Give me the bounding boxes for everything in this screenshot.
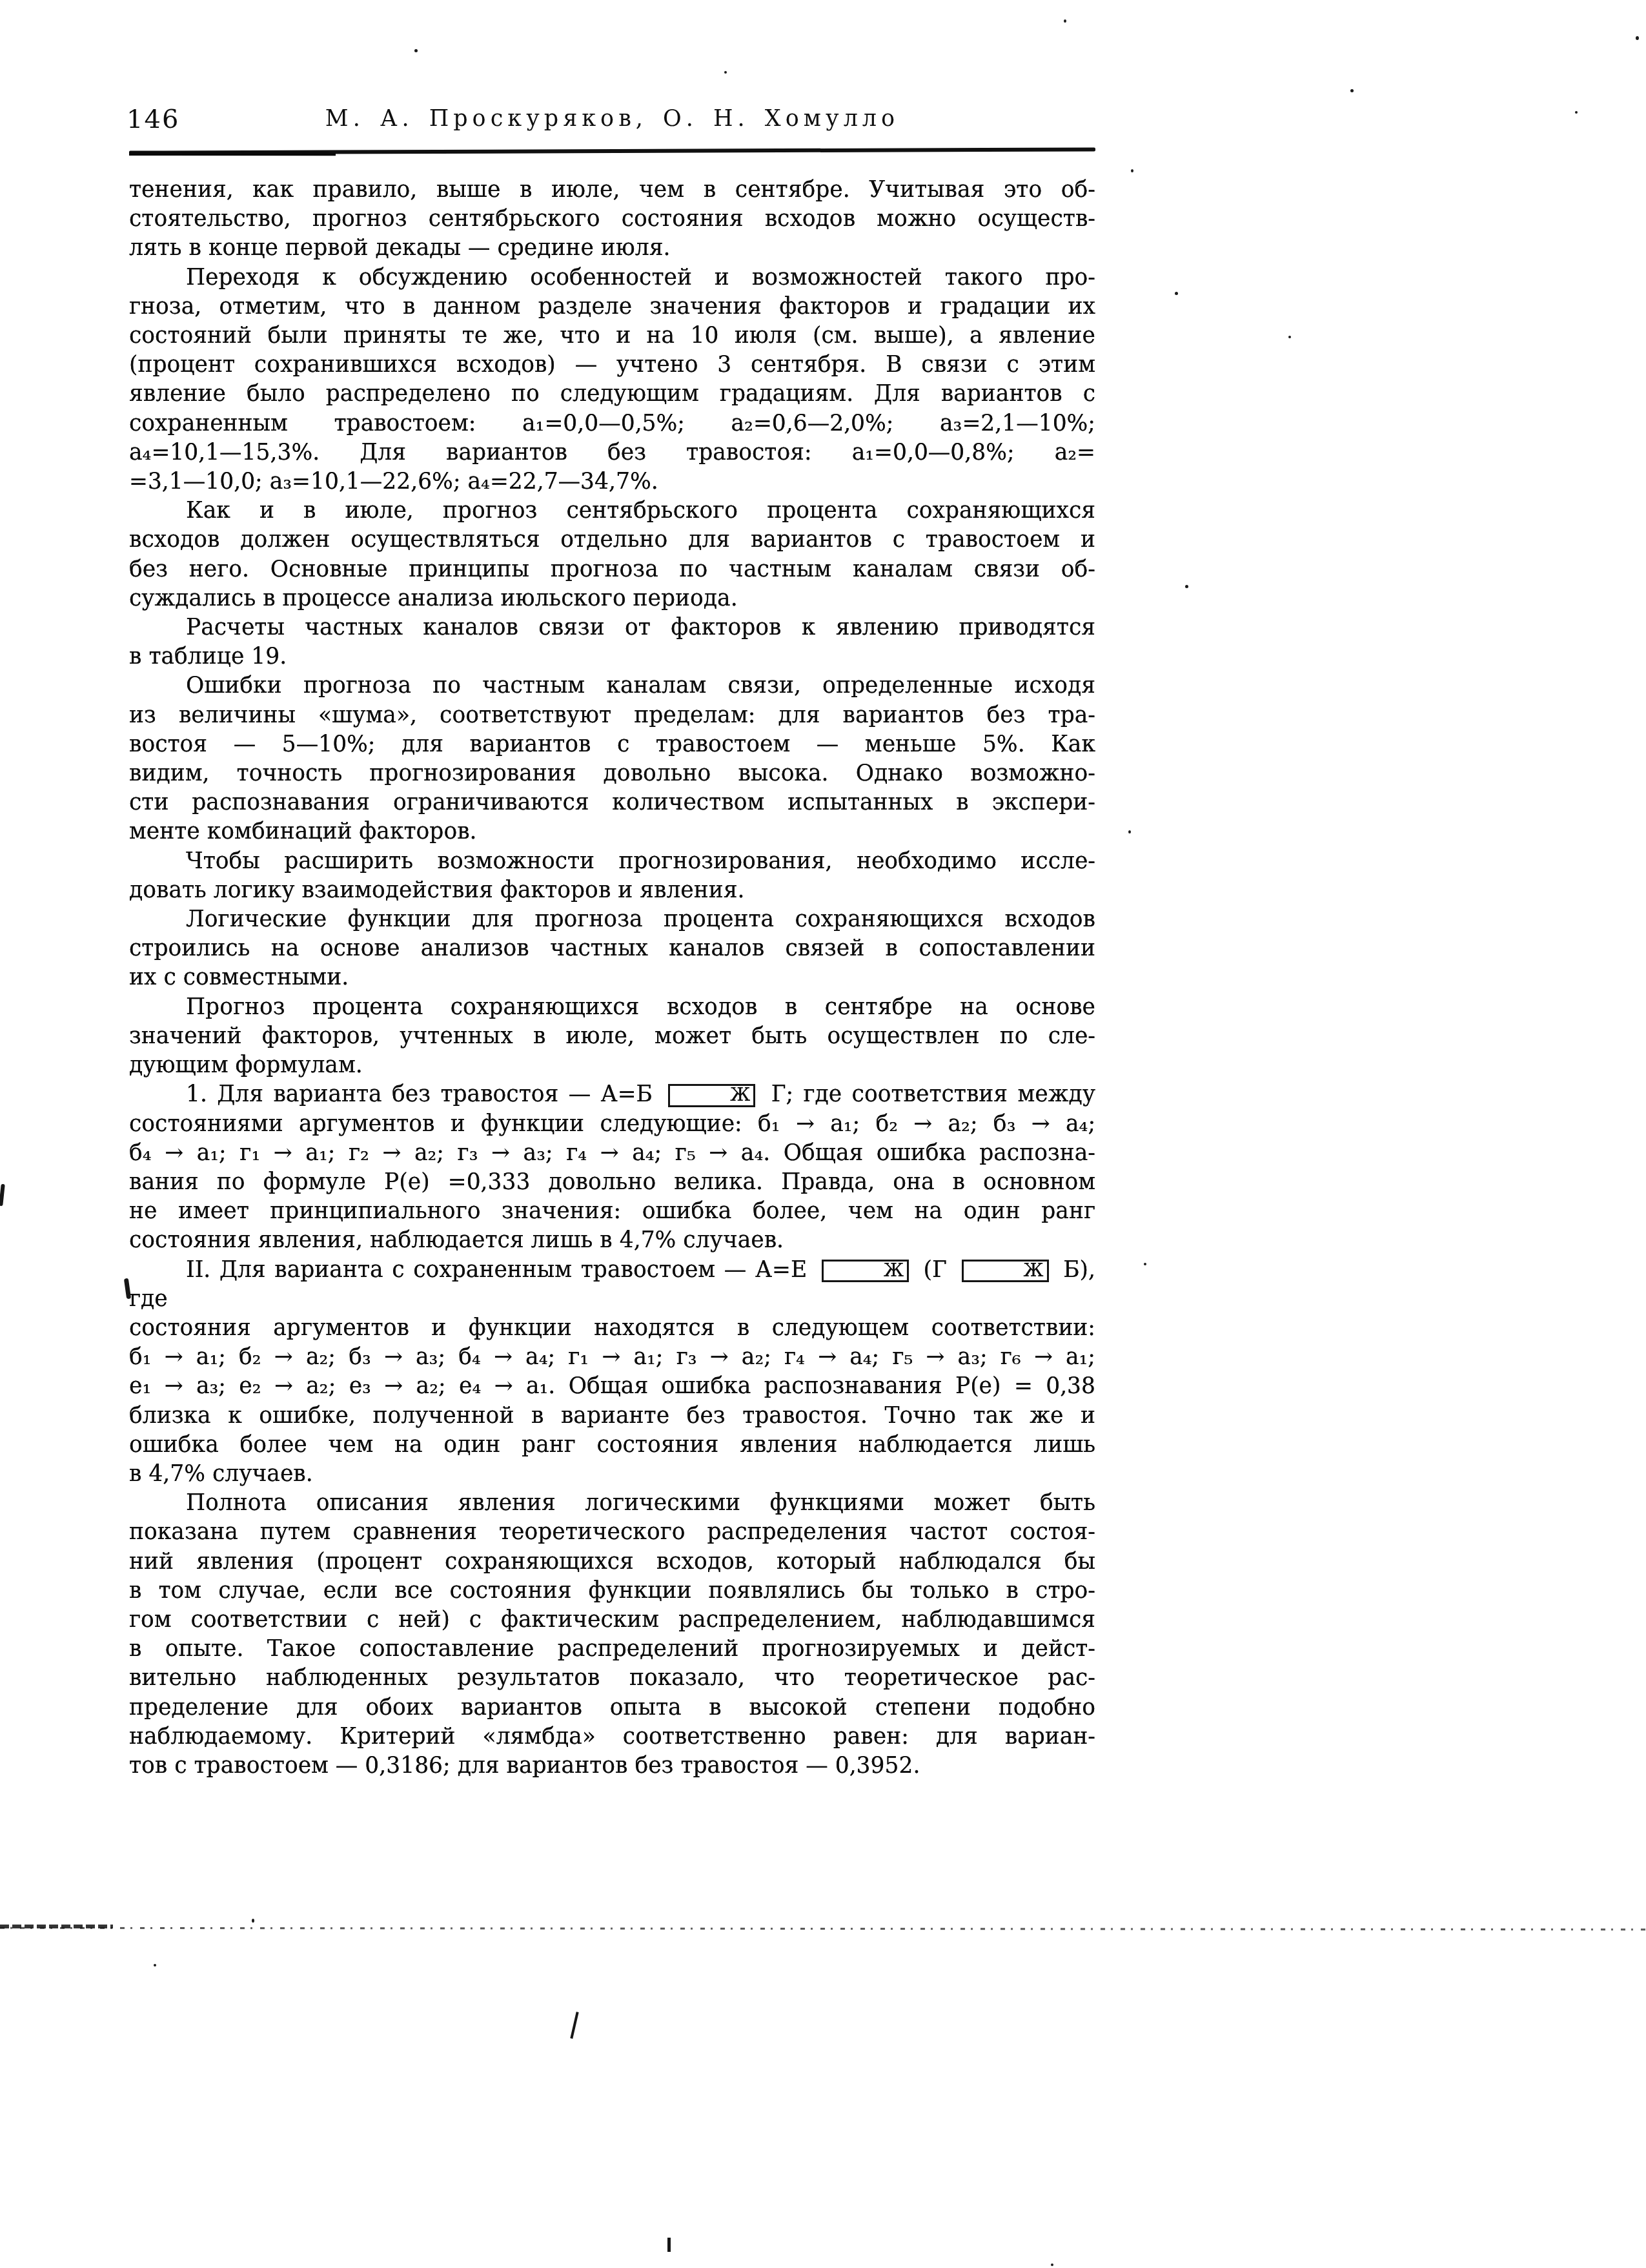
text-line: востоя — 5—10%; для вариантов с травосто… [129, 730, 1095, 759]
scan-ink-blob [0, 1184, 5, 1206]
text-line: Прогноз процента сохраняющихся всходов в… [129, 993, 1095, 1022]
text-line: Расчеты частных каналов связи от факторо… [129, 613, 1095, 642]
text-line: ошибка более чем на один ранг состояния … [129, 1431, 1095, 1460]
text-line: состояния аргументов и функции находятся… [129, 1314, 1095, 1343]
text-line: гом соответствии с ней) с фактическим ра… [129, 1606, 1095, 1635]
header-rule [129, 147, 1095, 154]
text-line: ний явления (процент сохраняющихся всход… [129, 1548, 1095, 1577]
text-line: II. Для варианта с сохраненным травостое… [129, 1256, 1095, 1314]
text-line: 1. Для варианта без травостоя — А=Б Ж Г;… [129, 1080, 1095, 1109]
scan-speck [1575, 111, 1578, 114]
text-line: состояния явления, наблюдается лишь в 4,… [129, 1226, 1095, 1255]
scan-speck [1128, 830, 1131, 833]
text-line: явление было распределено по следующим г… [129, 380, 1095, 409]
text-line: Как и в июле, прогноз сентябрьского проц… [129, 496, 1095, 526]
text-line: близка к ошибке, полученной в варианте б… [129, 1402, 1095, 1431]
text-line: тов с травостоем — 0,3186; для вариантов… [129, 1752, 1095, 1781]
text-line: их с совместными. [129, 963, 1095, 992]
scan-fold-line-left [0, 1925, 113, 1928]
text-line: Полнота описания явления логическими фун… [129, 1489, 1095, 1518]
body-text: тенения, как правило, выше в июле, чем в… [129, 176, 1095, 1781]
text-line: суждались в процессе анализа июльского п… [129, 584, 1095, 613]
text-line: тенения, как правило, выше в июле, чем в… [129, 176, 1095, 205]
text-line: не имеет принципиального значения: ошибк… [129, 1197, 1095, 1226]
text-line: вительно наблюденных результатов показал… [129, 1664, 1095, 1693]
scan-fold-line [0, 1927, 1646, 1931]
text-line: (процент сохранившихся всходов) — учтено… [129, 351, 1095, 380]
text-line: всходов должен осуществляться отдельно д… [129, 526, 1095, 555]
text-line: менте комбинаций факторов. [129, 817, 1095, 846]
text-line: =3,1—10,0; а₃=10,1—22,6%; а₄=22,7—34,7%. [129, 467, 1095, 496]
scan-speck [1185, 585, 1188, 588]
text-line: в опыте. Такое сопоставление распределен… [129, 1635, 1095, 1664]
text-line: из величины «шума», соответствуют предел… [129, 701, 1095, 730]
text-line: состояний были приняты те же, что и на 1… [129, 322, 1095, 351]
page-header: 146 М. А. Проскуряков, О. Н. Хомулло [129, 103, 1095, 142]
text-line: б₁ → а₁; б₂ → а₂; б₃ → а₃; б₄ → а₄; г₁ →… [129, 1343, 1095, 1372]
scan-speck [1175, 292, 1178, 295]
scan-speck [1636, 36, 1639, 40]
text-line: сти распознавания ограничиваются количес… [129, 788, 1095, 817]
text-line: показана путем сравнения теоретического … [129, 1518, 1095, 1547]
scan-speck [154, 1964, 156, 1967]
scan-scratch [667, 2238, 671, 2252]
text-line: а₄=10,1—15,3%. Для вариантов без травост… [129, 438, 1095, 467]
text-line: Переходя к обсуждению особенностей и воз… [129, 263, 1095, 292]
text-line: вания по формуле Р(е) =0,333 довольно ве… [129, 1168, 1095, 1197]
text-line: наблюдаемому. Критерий «лямбда» соответс… [129, 1722, 1095, 1752]
text-line: в 4,7% случаев. [129, 1460, 1095, 1489]
scan-speck [1131, 169, 1133, 172]
text-line: Ошибки прогноза по частным каналам связи… [129, 671, 1095, 700]
text-line: е₁ → а₃; е₂ → а₂; е₃ → а₂; е₄ → а₁. Обща… [129, 1372, 1095, 1401]
boxed-zhe-operator-icon: Ж [962, 1260, 1049, 1283]
text-line: строились на основе анализов частных кан… [129, 934, 1095, 963]
text-line: Логические функции для прогноза процента… [129, 905, 1095, 934]
scan-speck [1350, 89, 1354, 92]
scanned-book-page: { "page": { "number": "146", "running_ti… [0, 0, 1646, 2268]
scan-speck [724, 71, 727, 74]
text-line: значений факторов, учтенных в июле, може… [129, 1022, 1095, 1051]
scan-speck [1288, 336, 1291, 338]
text-line: сохраненным травостоем: а₁=0,0—0,5%; а₂=… [129, 409, 1095, 438]
text-line: дующим формулам. [129, 1051, 1095, 1080]
text-line: видим, точность прогнозирования довольно… [129, 759, 1095, 788]
scan-speck [1144, 1263, 1146, 1265]
text-line: б₄ → а₁; г₁ → а₁; г₂ → а₂; г₃ → а₃; г₄ →… [129, 1139, 1095, 1168]
text-line: состояниями аргументов и функции следующ… [129, 1110, 1095, 1139]
text-line: Чтобы расширить возможности прогнозирова… [129, 847, 1095, 876]
text-line: без него. Основные принципы прогноза по … [129, 555, 1095, 584]
text-line: в таблице 19. [129, 642, 1095, 671]
scan-speck [1051, 2263, 1053, 2266]
scan-speck [414, 49, 418, 52]
text-line: пределение для обоих вариантов опыта в в… [129, 1693, 1095, 1722]
scan-speck [1064, 19, 1066, 23]
scan-speck [252, 1919, 254, 1923]
running-title: М. А. Проскуряков, О. Н. Хомулло [129, 106, 1095, 132]
scan-scratch [570, 2012, 578, 2039]
boxed-zhe-operator-icon: Ж [822, 1260, 909, 1283]
text-line: довать логику взаимодействия факторов и … [129, 876, 1095, 905]
text-line: стоятельство, прогноз сентябрьского сост… [129, 205, 1095, 234]
boxed-zhe-operator-icon: Ж [668, 1084, 755, 1107]
text-line: в том случае, если все состояния функции… [129, 1577, 1095, 1606]
text-line: гноза, отметим, что в данном разделе зна… [129, 292, 1095, 322]
text-line: лять в конце первой декады — средине июл… [129, 234, 1095, 263]
